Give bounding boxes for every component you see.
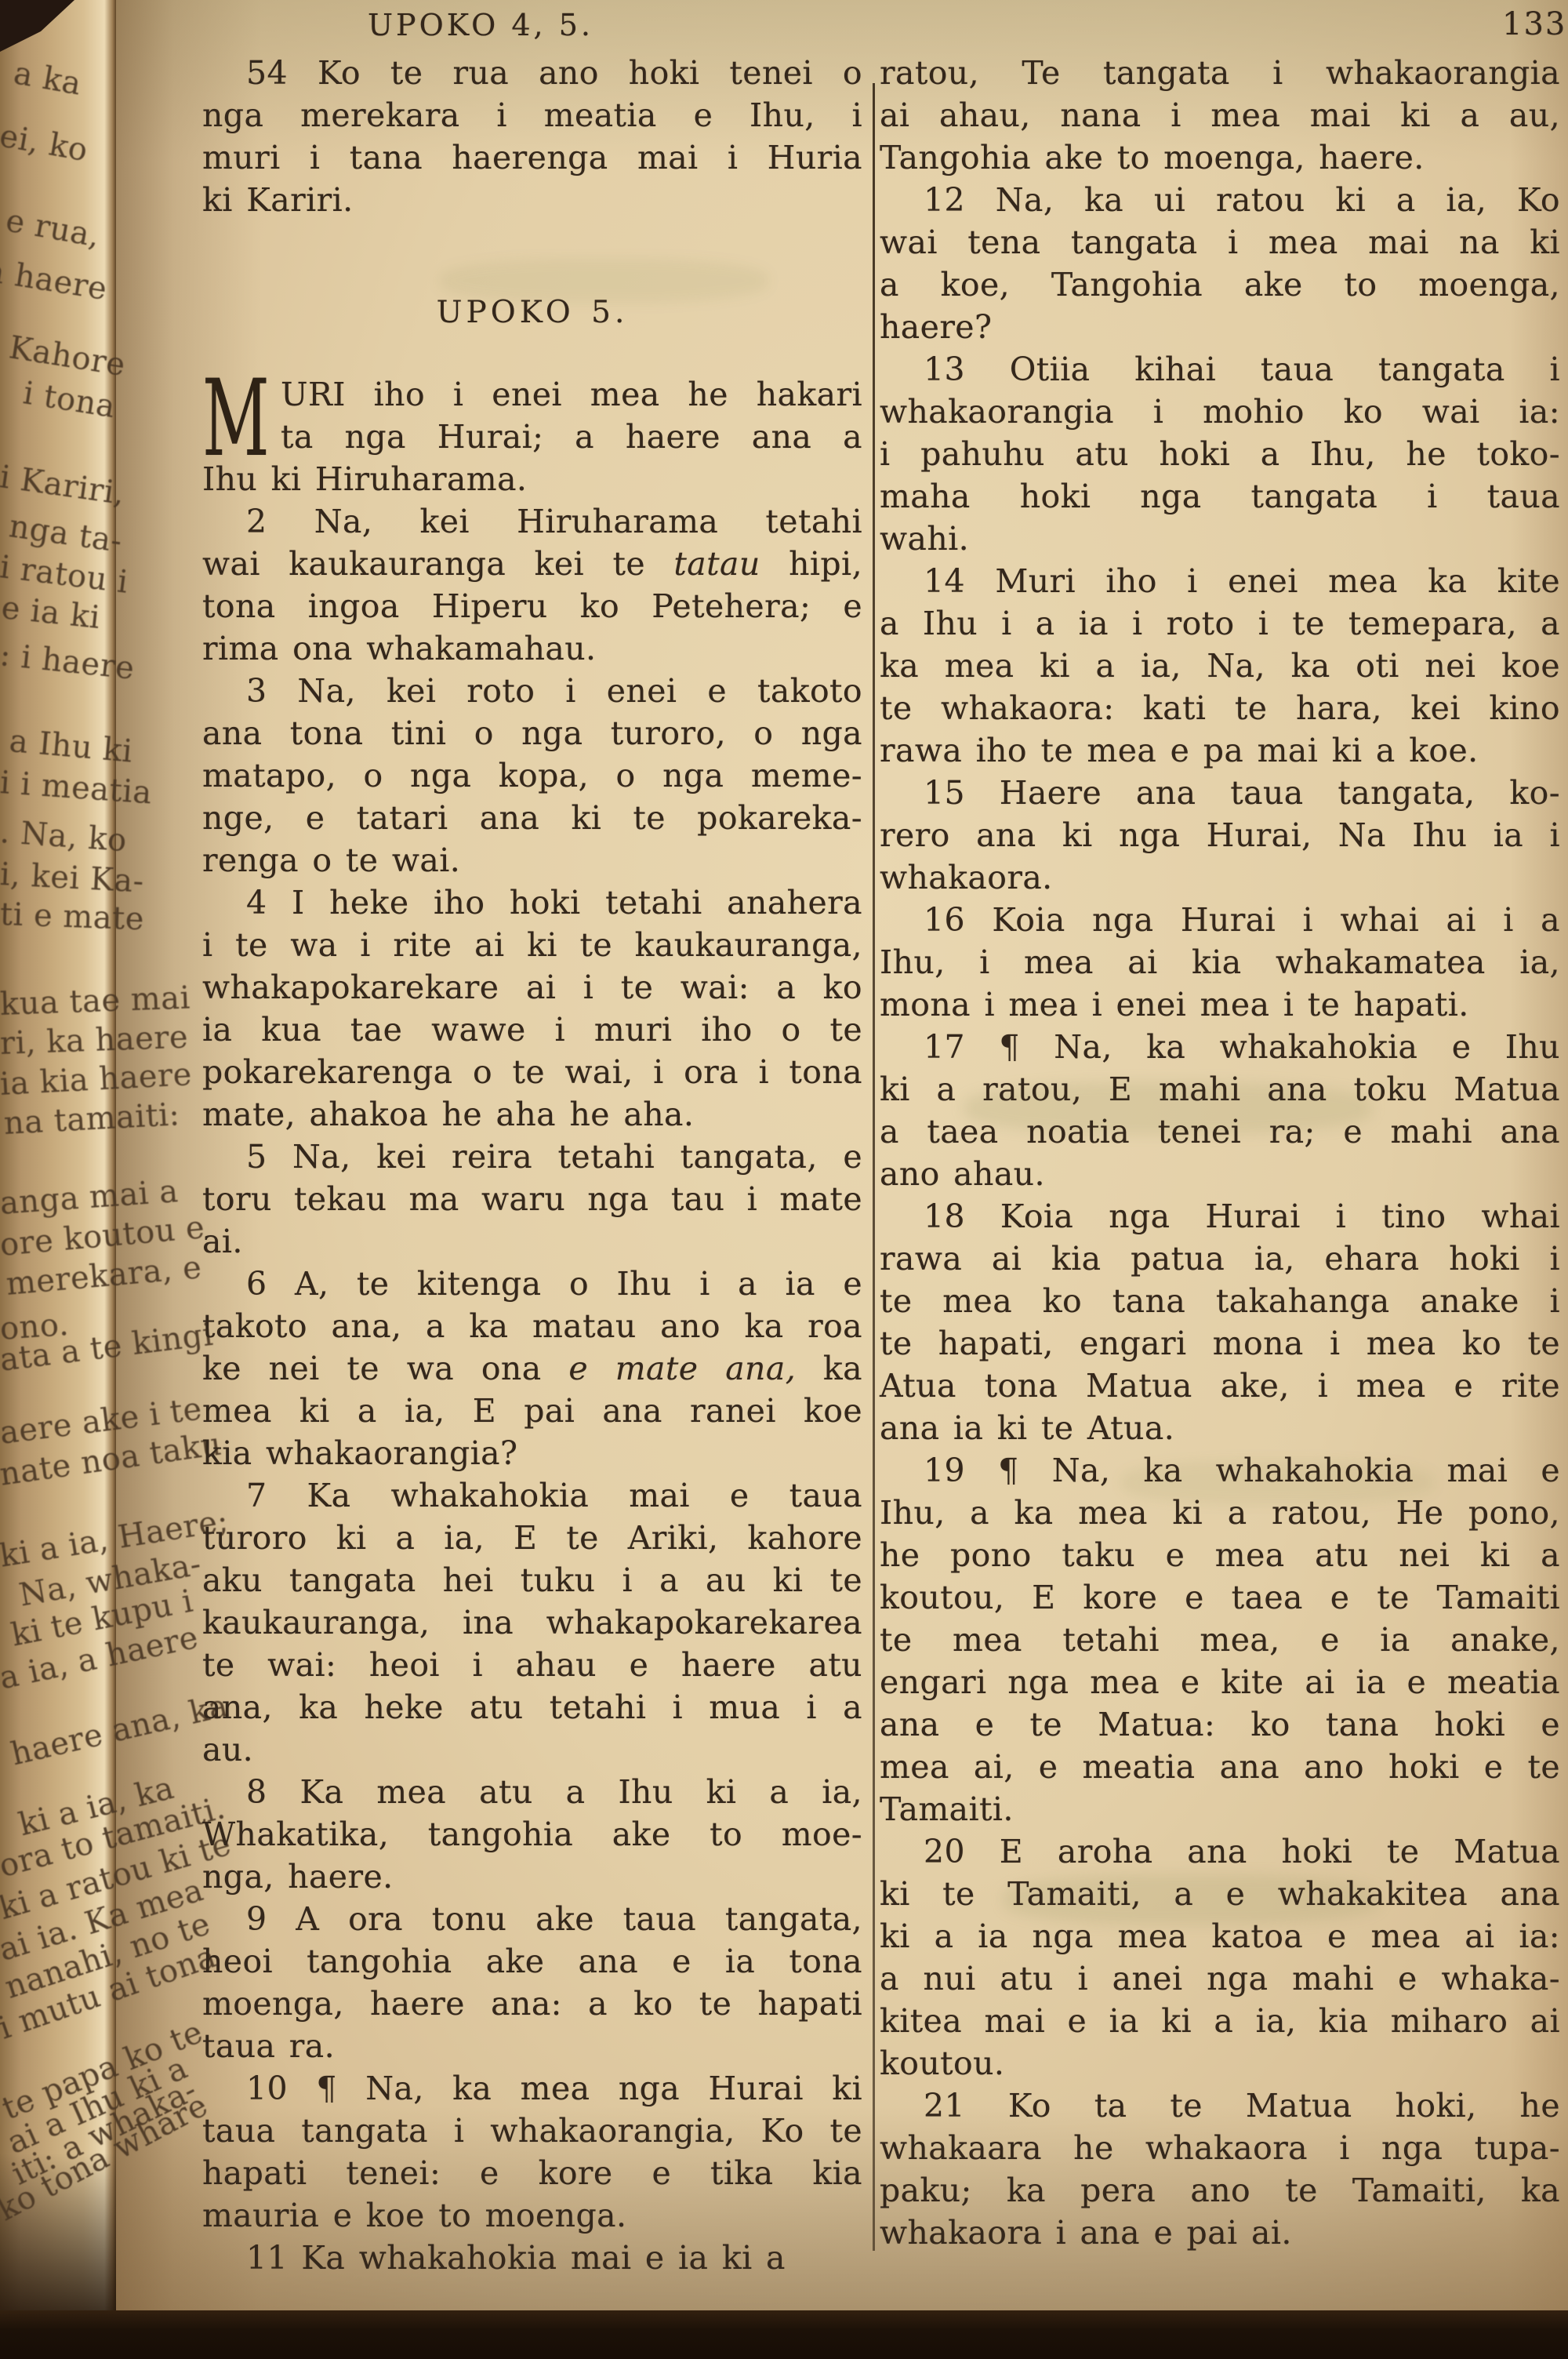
text-line: te mea tetahi mea, e ia anake,: [880, 1619, 1560, 1661]
text-line: koutou, E kore e taea e te Tamaiti: [880, 1576, 1560, 1619]
text-line: rawa ai kia patua ia, ehara hoki i: [880, 1238, 1560, 1280]
text-line: Ihu ki Hiruharama.: [202, 458, 862, 500]
verse: 18 Koia nga Hurai i tino whairawa ai kia…: [880, 1195, 1560, 1449]
text-line: ratou, Te tangata i whakaorangia: [880, 52, 1560, 94]
text-line: a Ihu i a ia i roto i te temepara, a: [880, 602, 1560, 645]
verse: 11 Ka whakahokia mai e ia ki a: [202, 2237, 862, 2279]
text-line: te whakaora: kati te hara, kei kino: [880, 687, 1560, 729]
text-line: ana e te Matua: ko tana hoki e: [880, 1703, 1560, 1746]
verse: 9 A ora tonu ake taua tangata,heoi tango…: [202, 1898, 862, 2067]
verse: 21 Ko ta te Matua hoki, hewhakaara he wh…: [880, 2085, 1560, 2254]
text-line: 4 I heke iho hoki tetahi anahera: [202, 881, 862, 924]
text-line: 17 ¶ Na, ka whakahokia e Ihu: [880, 1026, 1560, 1068]
text-line: tona ingoa Hiperu ko Petehera; e: [202, 585, 862, 627]
text-line: toru tekau ma waru nga tau i mate: [202, 1178, 862, 1220]
text-line: renga o te wai.: [202, 839, 862, 881]
verse: 2 Na, kei Hiruharama tetahiwai kaukauran…: [202, 500, 862, 670]
text-line: pokarekarenga o te wai, i ora i tona: [202, 1051, 862, 1093]
verse: ratou, Te tangata i whakaorangiaai ahau,…: [880, 52, 1560, 179]
text-line: takoto ana, a ka matau ano ka roa: [202, 1305, 862, 1347]
text-line: a nui atu i anei nga mahi e whaka-: [880, 1957, 1560, 2000]
verse: 4 I heke iho hoki tetahi anaherai te wa …: [202, 881, 862, 1136]
text-line: Tamaiti.: [880, 1788, 1560, 1830]
text-line: Tangohia ake to moenga, haere.: [880, 136, 1560, 179]
verse: 3 Na, kei roto i enei e takotoana tona t…: [202, 670, 862, 881]
text-line: 7 Ka whakahokia mai e taua: [202, 1474, 862, 1517]
text-line: hapati tenei: e kore e tika kia: [202, 2152, 862, 2194]
text-line: ki Kariri.: [202, 179, 862, 221]
text-line: he pono taku e mea atu nei ki a: [880, 1534, 1560, 1576]
gutter-text-fragment: i, kei Ka-: [0, 856, 145, 900]
text-line: engari nga mea e kite ai ia e meatia: [880, 1661, 1560, 1703]
verse: 5 Na, kei reira tetahi tangata, etoru te…: [202, 1136, 862, 1263]
verse: 12 Na, ka ui ratou ki a ia, Kowai tena t…: [880, 179, 1560, 348]
text-line: 2 Na, kei Hiruharama tetahi: [202, 500, 862, 543]
text-line: whakaara he whakaora i nga tupa-: [880, 2127, 1560, 2169]
text-line: maha hoki nga tangata i taua: [880, 475, 1560, 518]
text-line: te wai: heoi i ahau e haere atu: [202, 1644, 862, 1686]
text-line: 10 ¶ Na, ka mea nga Hurai ki: [202, 2067, 862, 2110]
text-line: paku; ka pera ano te Tamaiti, ka: [880, 2169, 1560, 2212]
text-line: i pahuhu atu hoki a Ihu, he toko-: [880, 433, 1560, 475]
text-line: au.: [202, 1728, 862, 1771]
text-line: aku tangata hei tuku i a au ki te: [202, 1559, 862, 1601]
text-line: muri i tana haerenga mai i Huria: [202, 136, 862, 179]
text-line: ki a ia nga mea katoa e mea ai ia:: [880, 1915, 1560, 1957]
text-line: 3 Na, kei roto i enei e takoto: [202, 670, 862, 712]
verse: 17 ¶ Na, ka whakahokia e Ihuki a ratou, …: [880, 1026, 1560, 1195]
text-line: 12 Na, ka ui ratou ki a ia, Ko: [880, 179, 1560, 221]
text-line: koutou.: [880, 2042, 1560, 2085]
text-line: 54 Ko te rua ano hoki tenei o: [202, 52, 862, 94]
text-line: ki a ratou, E mahi ana toku Matua: [880, 1068, 1560, 1110]
text-line: mate, ahakoa he aha he aha.: [202, 1093, 862, 1136]
text-line: heoi tangohia ake ana e ia tona: [202, 1940, 862, 1983]
verse: 14 Muri iho i enei mea ka kitea Ihu i a …: [880, 560, 1560, 772]
text-line: ano ahau.: [880, 1153, 1560, 1195]
text-line: 16 Koia nga Hurai i whai ai i a: [880, 899, 1560, 941]
text-line: whakaora i ana e pai ai.: [880, 2212, 1560, 2254]
text-line: 14 Muri iho i enei mea ka kite: [880, 560, 1560, 602]
text-line: taua tangata i whakaorangia, Ko te: [202, 2110, 862, 2152]
text-line: ana, ka heke atu tetahi i mua i a: [202, 1686, 862, 1728]
verse: 7 Ka whakahokia mai e tauaturoro ki a ia…: [202, 1474, 862, 1771]
photo-bottom-edge: [0, 2310, 1568, 2359]
text-line: turoro ki a ia, E te Ariki, kahore: [202, 1517, 862, 1559]
text-line: mona i mea i enei mea i te hapati.: [880, 983, 1560, 1026]
text-line: haere?: [880, 306, 1560, 348]
verse: 16 Koia nga Hurai i whai ai i aIhu, i me…: [880, 899, 1560, 1026]
left-text-column: 54 Ko te rua ano hoki tenei onga merekar…: [202, 52, 862, 2279]
text-line: 6 A, te kitenga o Ihu i a ia e: [202, 1263, 862, 1305]
verse: 13 Otiia kihai taua tangata iwhakaorangi…: [880, 348, 1560, 560]
text-line: ana ia ki te Atua.: [880, 1407, 1560, 1449]
text-line: ke nei te wa ona e mate ana, ka: [202, 1347, 862, 1390]
text-line: a koe, Tangohia ake to moenga,: [880, 264, 1560, 306]
text-line: wahi.: [880, 518, 1560, 560]
text-line: whakaora.: [880, 856, 1560, 899]
text-line: ta nga Hurai; a haere ana a: [202, 416, 862, 458]
text-line: matapo, o nga kopa, o nga meme-: [202, 754, 862, 797]
text-line: kia whakaorangia?: [202, 1432, 862, 1474]
verse: 8 Ka mea atu a Ihu ki a ia,Whakatika, ta…: [202, 1771, 862, 1898]
gutter-text-fragment: kua tae mai: [0, 980, 191, 1023]
text-line: a taea noatia tenei ra; e mahi ana: [880, 1110, 1560, 1153]
text-line: te mea ko tana takahanga anake i: [880, 1280, 1560, 1322]
text-line: taua ra.: [202, 2025, 862, 2067]
text-line: 13 Otiia kihai taua tangata i: [880, 348, 1560, 391]
text-line: ai ahau, nana i mea mai ki a au,: [880, 94, 1560, 136]
text-line: rima ona whakamahau.: [202, 627, 862, 670]
text-line: nga, haere.: [202, 1856, 862, 1898]
text-line: 9 A ora tonu ake taua tangata,: [202, 1898, 862, 1940]
text-line: nga merekara i meatia e Ihu, i: [202, 94, 862, 136]
verse: 20 E aroha ana hoki te Matuaki te Tamait…: [880, 1830, 1560, 2085]
text-line: rawa iho te mea e pa mai ki a koe.: [880, 729, 1560, 772]
verse: 15 Haere ana taua tangata, ko-rero ana k…: [880, 772, 1560, 899]
text-line: moenga, haere ana: a ko te hapati: [202, 1983, 862, 2025]
text-line: wai tena tangata i mea mai na ki: [880, 221, 1560, 264]
text-line: te hapati, engari mona i mea ko te: [880, 1322, 1560, 1365]
text-line: mea ai, e meatia ana ano hoki e te: [880, 1746, 1560, 1788]
verse: 6 A, te kitenga o Ihu i a ia etakoto ana…: [202, 1263, 862, 1474]
drop-cap: M: [202, 376, 270, 461]
verse: 10 ¶ Na, ka mea nga Hurai kitaua tangata…: [202, 2067, 862, 2237]
text-line: ana tona tini o nga turoro, o nga: [202, 712, 862, 754]
text-line: mea ki a ia, E pai ana ranei koe: [202, 1390, 862, 1432]
verse: MURI iho i enei mea he hakarita nga Hura…: [202, 373, 862, 500]
text-line: Ihu, a ka mea ki a ratou, He pono,: [880, 1492, 1560, 1534]
text-line: 21 Ko ta te Matua hoki, he: [880, 2085, 1560, 2127]
text-line: Whakatika, tangohia ake to moe-: [202, 1813, 862, 1856]
text-line: Ihu, i mea ai kia whakamatea ia,: [880, 941, 1560, 983]
verse: 19 ¶ Na, ka whakahokia mai eIhu, a ka me…: [880, 1449, 1560, 1830]
right-text-column: ratou, Te tangata i whakaorangiaai ahau,…: [880, 52, 1560, 2254]
text-line: ki te Tamaiti, a e whakakitea ana: [880, 1873, 1560, 1915]
text-line: wai kaukauranga kei te tatau hipi,: [202, 543, 862, 585]
running-header: UPOKO 4, 5.: [368, 8, 593, 42]
text-line: whakapokarekare ai i te wai: a ko: [202, 966, 862, 1009]
text-line: 5 Na, kei reira tetahi tangata, e: [202, 1136, 862, 1178]
gutter-text-fragment: ri, ka haere: [0, 1020, 189, 1062]
text-line: kaukauranga, ina whakapokarekarea: [202, 1601, 862, 1644]
text-line: URI iho i enei mea he hakari: [202, 373, 862, 416]
text-line: mauria e koe to moenga.: [202, 2194, 862, 2237]
verse: 54 Ko te rua ano hoki tenei onga merekar…: [202, 52, 862, 221]
gutter-text-fragment: ti e mate: [0, 896, 145, 937]
chapter-heading: UPOKO 5.: [202, 292, 862, 334]
text-line: whakaorangia i mohio ko wai ia:: [880, 391, 1560, 433]
text-line: ai.: [202, 1220, 862, 1263]
column-divider-rule: [873, 83, 875, 2251]
text-line: rero ana ki nga Hurai, Na Ihu ia i: [880, 814, 1560, 856]
text-line: kitea mai e ia ki a ia, kia miharo ai: [880, 2000, 1560, 2042]
text-line: Atua tona Matua ake, i mea e rite: [880, 1365, 1560, 1407]
page-number: 133: [1502, 6, 1566, 42]
text-line: 11 Ka whakahokia mai e ia ki a: [202, 2237, 862, 2279]
text-line: ia kua tae wawe i muri iho o te: [202, 1009, 862, 1051]
text-line: ka mea ki a ia, Na, ka oti nei koe: [880, 645, 1560, 687]
text-line: nge, e tatari ana ki te pokareka-: [202, 797, 862, 839]
text-line: 18 Koia nga Hurai i tino whai: [880, 1195, 1560, 1238]
text-line: i te wa i rite ai ki te kaukauranga,: [202, 924, 862, 966]
text-line: 20 E aroha ana hoki te Matua: [880, 1830, 1560, 1873]
text-line: 19 ¶ Na, ka whakahokia mai e: [880, 1449, 1560, 1492]
book-photo: { "page": { "running_header": "UPOKO 4, …: [0, 0, 1568, 2359]
text-line: 15 Haere ana taua tangata, ko-: [880, 772, 1560, 814]
text-line: 8 Ka mea atu a Ihu ki a ia,: [202, 1771, 862, 1813]
